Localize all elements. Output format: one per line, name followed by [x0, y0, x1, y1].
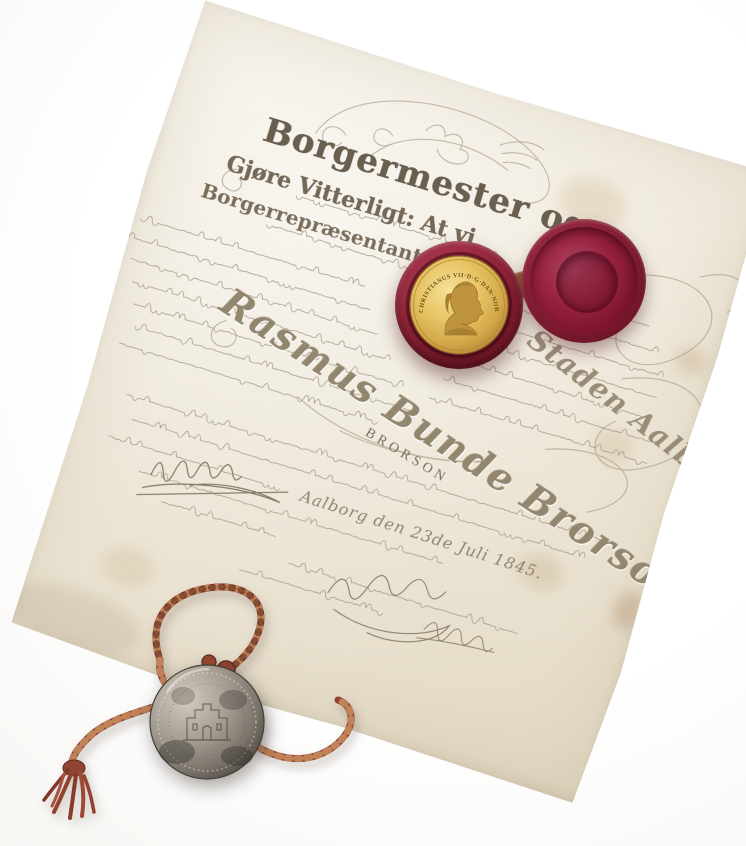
script-line [239, 565, 385, 617]
script-line [287, 559, 519, 637]
silver-seal-capsule [137, 652, 277, 792]
case-velvet-lining [530, 227, 638, 335]
script-line [107, 431, 281, 491]
medal-case-lid [522, 219, 646, 343]
cord-tassel [44, 760, 94, 818]
signature-center [320, 557, 459, 654]
gold-medal: CHRISTIANUS VII·D·G·DAN·NORV·G·REX [409, 255, 509, 355]
seal-tarnish [221, 746, 253, 766]
signature-right [416, 616, 497, 666]
seal-tarnish [159, 740, 195, 764]
medal-imprint [556, 251, 618, 313]
signature-left [136, 447, 291, 525]
photo-stage: Borgermester og Gjøre Vitterligt: At vi … [0, 0, 746, 846]
seal-tarnish [171, 687, 195, 705]
script-line [160, 497, 277, 540]
seal-tarnish [219, 690, 247, 710]
document-paper: Borgermester og Gjøre Vitterligt: At vi … [7, 0, 746, 805]
